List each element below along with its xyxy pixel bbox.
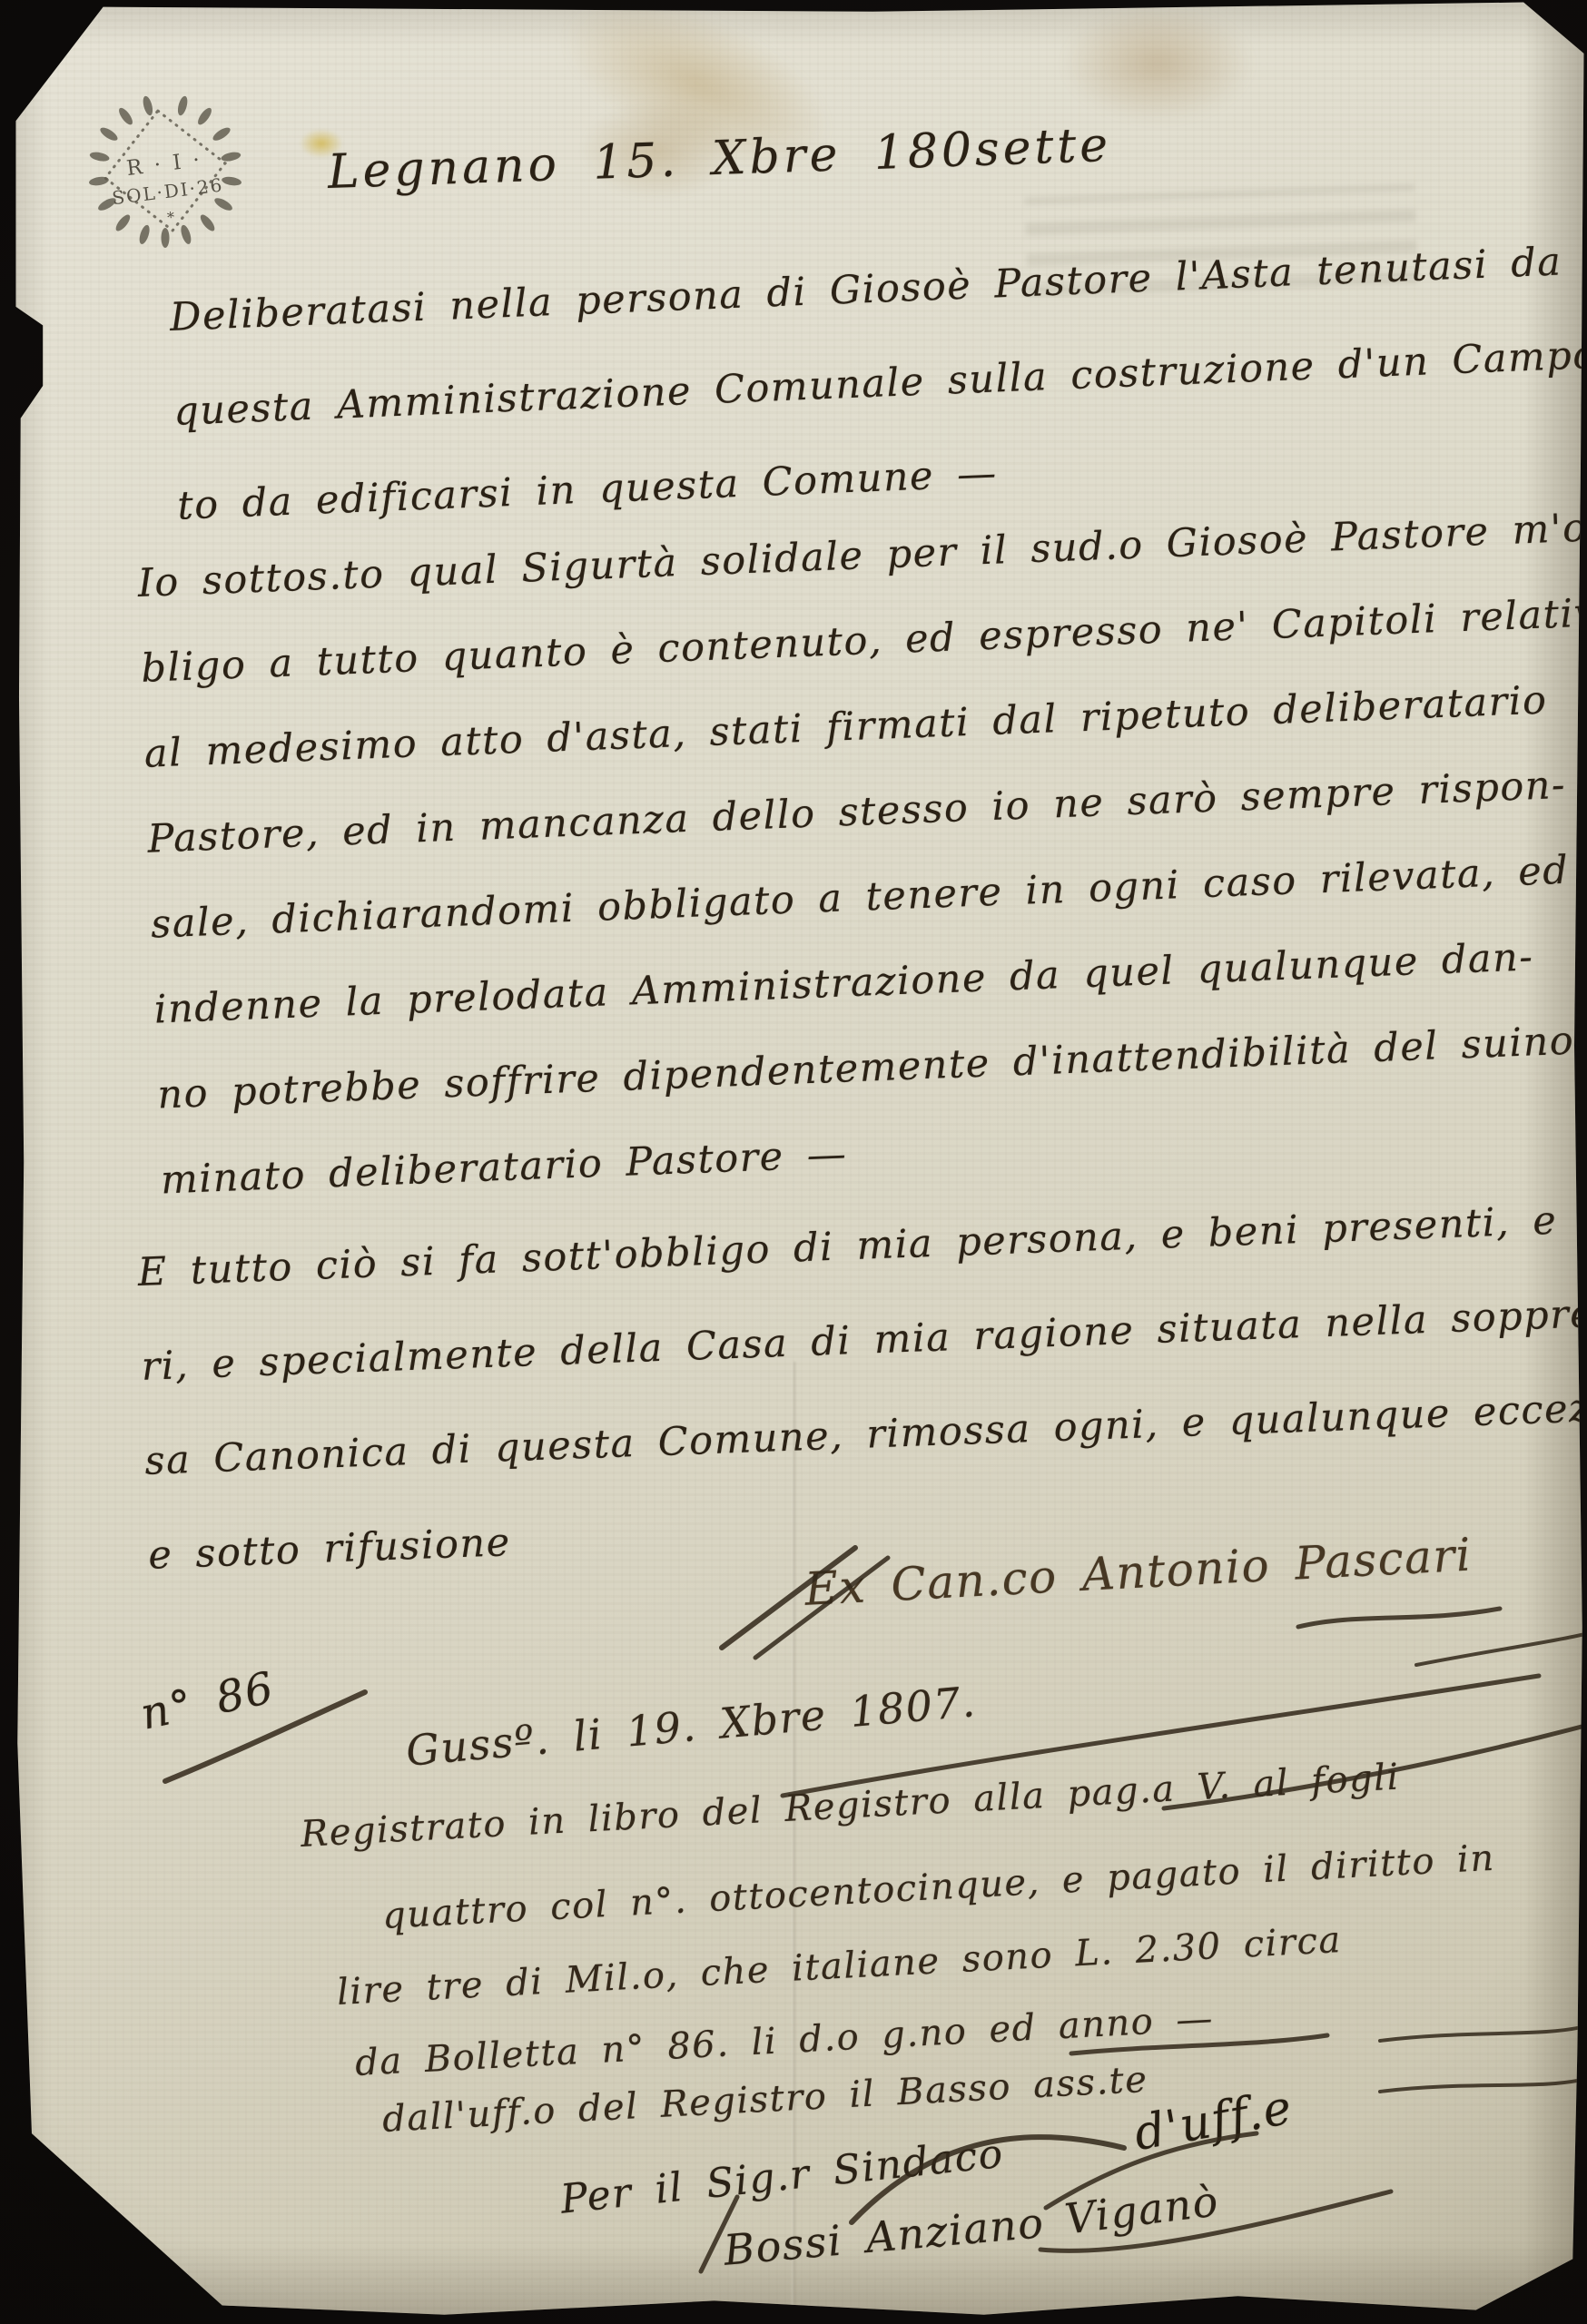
ink-flourish — [1380, 2079, 1585, 2092]
signature-vigano: Viganò — [1062, 2176, 1222, 2243]
registration-line: Registrato in libro del Registro alla pa… — [300, 1757, 1401, 1856]
ink-flourish — [1380, 2026, 1585, 2041]
stamp-authority-label: R · I · — [125, 148, 204, 181]
dateline: Legnano 15. Xbre 180sette — [327, 118, 1112, 200]
paper-sheet: R · I · SOL·DI·26 ∗ Legnano 15. Xbre 180… — [0, 0, 1587, 2324]
body-paragraph-2: Io sottos.to qual Sigurtà solidale per i… — [136, 484, 1587, 1224]
signature-bossi-anziano: Bossi Anziano — [722, 2198, 1046, 2275]
registration-dateline: Gussº. li 19. Xbre 1807. — [404, 1677, 978, 1776]
paper-stain — [1062, 5, 1253, 123]
photographed-manuscript: R · I · SOL·DI·26 ∗ Legnano 15. Xbre 180… — [0, 0, 1587, 2324]
ink-flourish — [1416, 1634, 1585, 1665]
ink-flourish — [1298, 1609, 1500, 1627]
duffizio-annotation: d'uff.e — [1130, 2081, 1296, 2162]
stamp-mark: ∗ — [164, 205, 176, 223]
document-number: n° 86 — [136, 1662, 279, 1740]
revenue-stamp-icon: R · I · SOL·DI·26 ∗ — [84, 84, 247, 256]
